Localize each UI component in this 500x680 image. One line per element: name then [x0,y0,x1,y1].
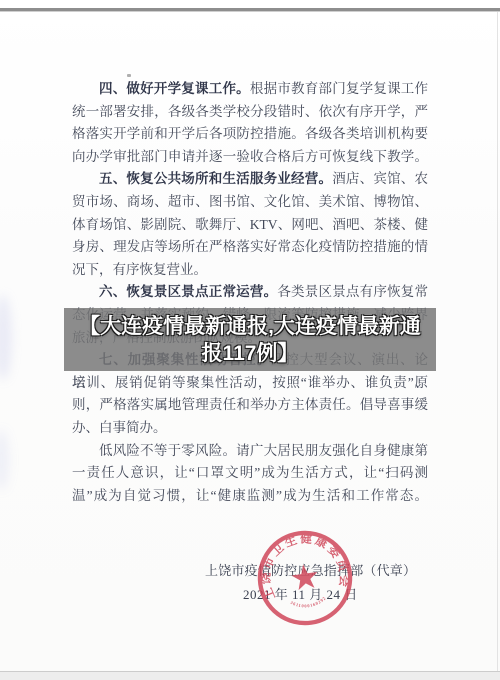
document-line: 体育场馆、影剧院、歌舞厅、KTV、网吧、酒吧、茶楼、健 [72,214,428,237]
seal-code: 3611000160292 [289,595,328,611]
photo-top-edge-line [0,8,500,12]
document-line: 统一部署安排，各级各类学校分段错时、依次有序开学，严 [72,101,428,124]
document-line: 况下，有序恢复营业。 [72,259,428,282]
document-line: 办、白事简办。 [72,417,428,440]
document-photo: 四、做好开学复课工作。根据市教育部门复学复课工作统一部署安排，各级各类学校分段错… [0,0,500,680]
document-body: 四、做好开学复课工作。根据市教育部门复学复课工作统一部署安排，各级各类学校分段错… [72,78,428,507]
official-seal: 上饶市卫生健康委员会 3611000160292 [256,529,354,627]
document-line: 则，严格落实属地管理责任和举办方主体责任。倡导喜事缓 [72,394,428,417]
photo-smudge [0,430,9,490]
photo-bottom-edge-strip [0,671,500,680]
photo-right-edge-line [497,12,498,671]
document-line: 低风险不等于零风险。请广大居民朋友强化自身健康第 [72,440,428,463]
overlay-caption-line2: 报117例】 [202,340,299,367]
star-icon [290,563,319,591]
document-line: 向办学审批部门申请并逐一验收合格后方可恢复线下教学。 [72,146,428,169]
document-line: 五、恢复公共场所和生活服务业经营。酒店、宾馆、农 [72,168,428,191]
document-line: 格落实开学前和开学后各项防控措施。各级各类培训机构要 [72,123,428,146]
photo-smudge [0,295,12,380]
document-line: 贸市场、商场、超市、图书馆、文化馆、美术馆、博物馆、 [72,191,428,214]
document-line: 身房、理发店等场所在严格落实好常态化疫情防控措施的情 [72,236,428,259]
overlay-caption-line1: 【大连疫情最新通报,大连疫情最新通 [79,313,421,340]
overlay-caption-banner: 【大连疫情最新通报,大连疫情最新通 报117例】 [64,308,436,371]
document-line: 温”成为自觉习惯，让“健康监测”成为生活和工作常态。 [72,485,428,508]
document-line: 六、恢复景区景点正常运营。各类景区景点有序恢复常 [72,281,428,304]
dust-speck [127,74,131,77]
document-line: 一责任人意识，让“口罩文明”成为生活方式，让“扫码测 [72,462,428,485]
seal-arc-text: 上饶市卫生健康委员会 [256,529,354,602]
document-line: 培训、展销促销等聚集性活动，按照“谁举办、谁负责”原 [72,372,428,395]
document-line: 四、做好开学复课工作。根据市教育部门复学复课工作 [72,78,428,101]
